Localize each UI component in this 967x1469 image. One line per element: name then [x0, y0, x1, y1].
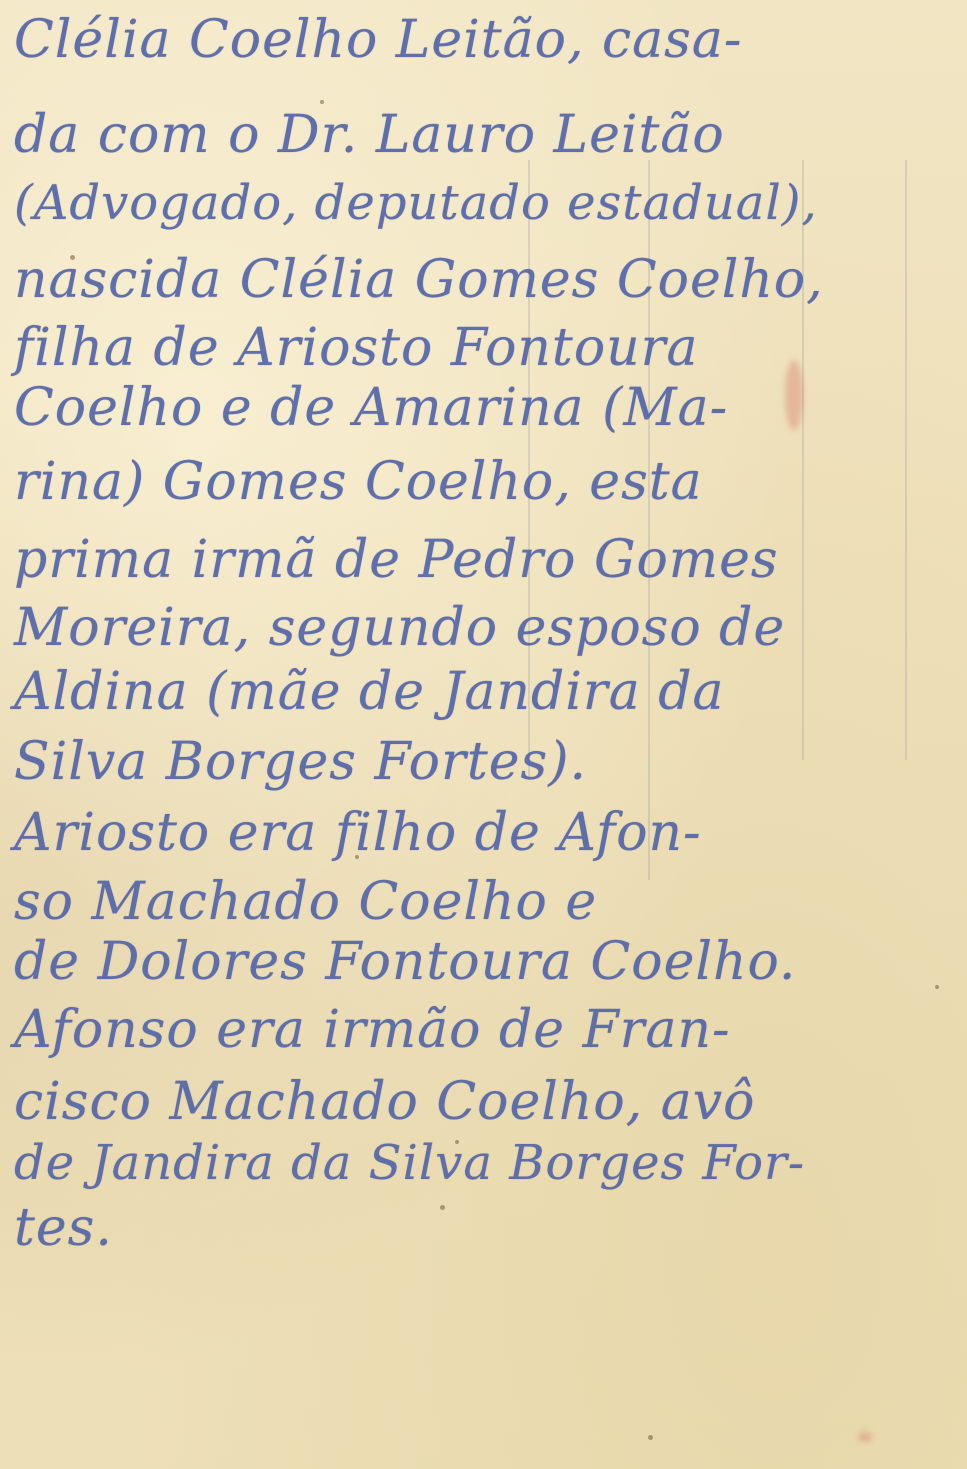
text-line: tes.: [14, 1198, 113, 1258]
text-line: cisco Machado Coelho, avô: [14, 1072, 755, 1132]
text-line: so Machado Coelho e: [14, 872, 597, 932]
text-line: da com o Dr. Lauro Leitão: [14, 105, 725, 165]
text-line: Coelho e de Amarina (Ma-: [14, 378, 728, 438]
handwritten-text: Clélia Coelho Leitão, casa- da com o Dr.…: [0, 0, 967, 1469]
text-line: nascida Clélia Gomes Coelho,: [14, 250, 824, 310]
text-line: de Dolores Fontoura Coelho.: [14, 932, 796, 992]
text-line: (Advogado, deputado estadual),: [14, 175, 818, 231]
text-line: Ariosto era filho de Afon-: [14, 803, 702, 863]
text-line: de Jandira da Silva Borges For-: [14, 1135, 805, 1191]
handwritten-page: Clélia Coelho Leitão, casa- da com o Dr.…: [0, 0, 967, 1469]
text-line: Clélia Coelho Leitão, casa-: [14, 10, 742, 70]
text-line: Aldina (mãe de Jandira da: [14, 662, 725, 722]
text-line: Moreira, segundo esposo de: [14, 598, 785, 658]
text-line: Afonso era irmão de Fran-: [14, 1000, 731, 1060]
text-line: rina) Gomes Coelho, esta: [14, 452, 703, 512]
text-line: prima irmã de Pedro Gomes: [14, 530, 779, 590]
text-line: filha de Ariosto Fontoura: [14, 318, 698, 378]
text-line: Silva Borges Fortes).: [14, 732, 587, 792]
